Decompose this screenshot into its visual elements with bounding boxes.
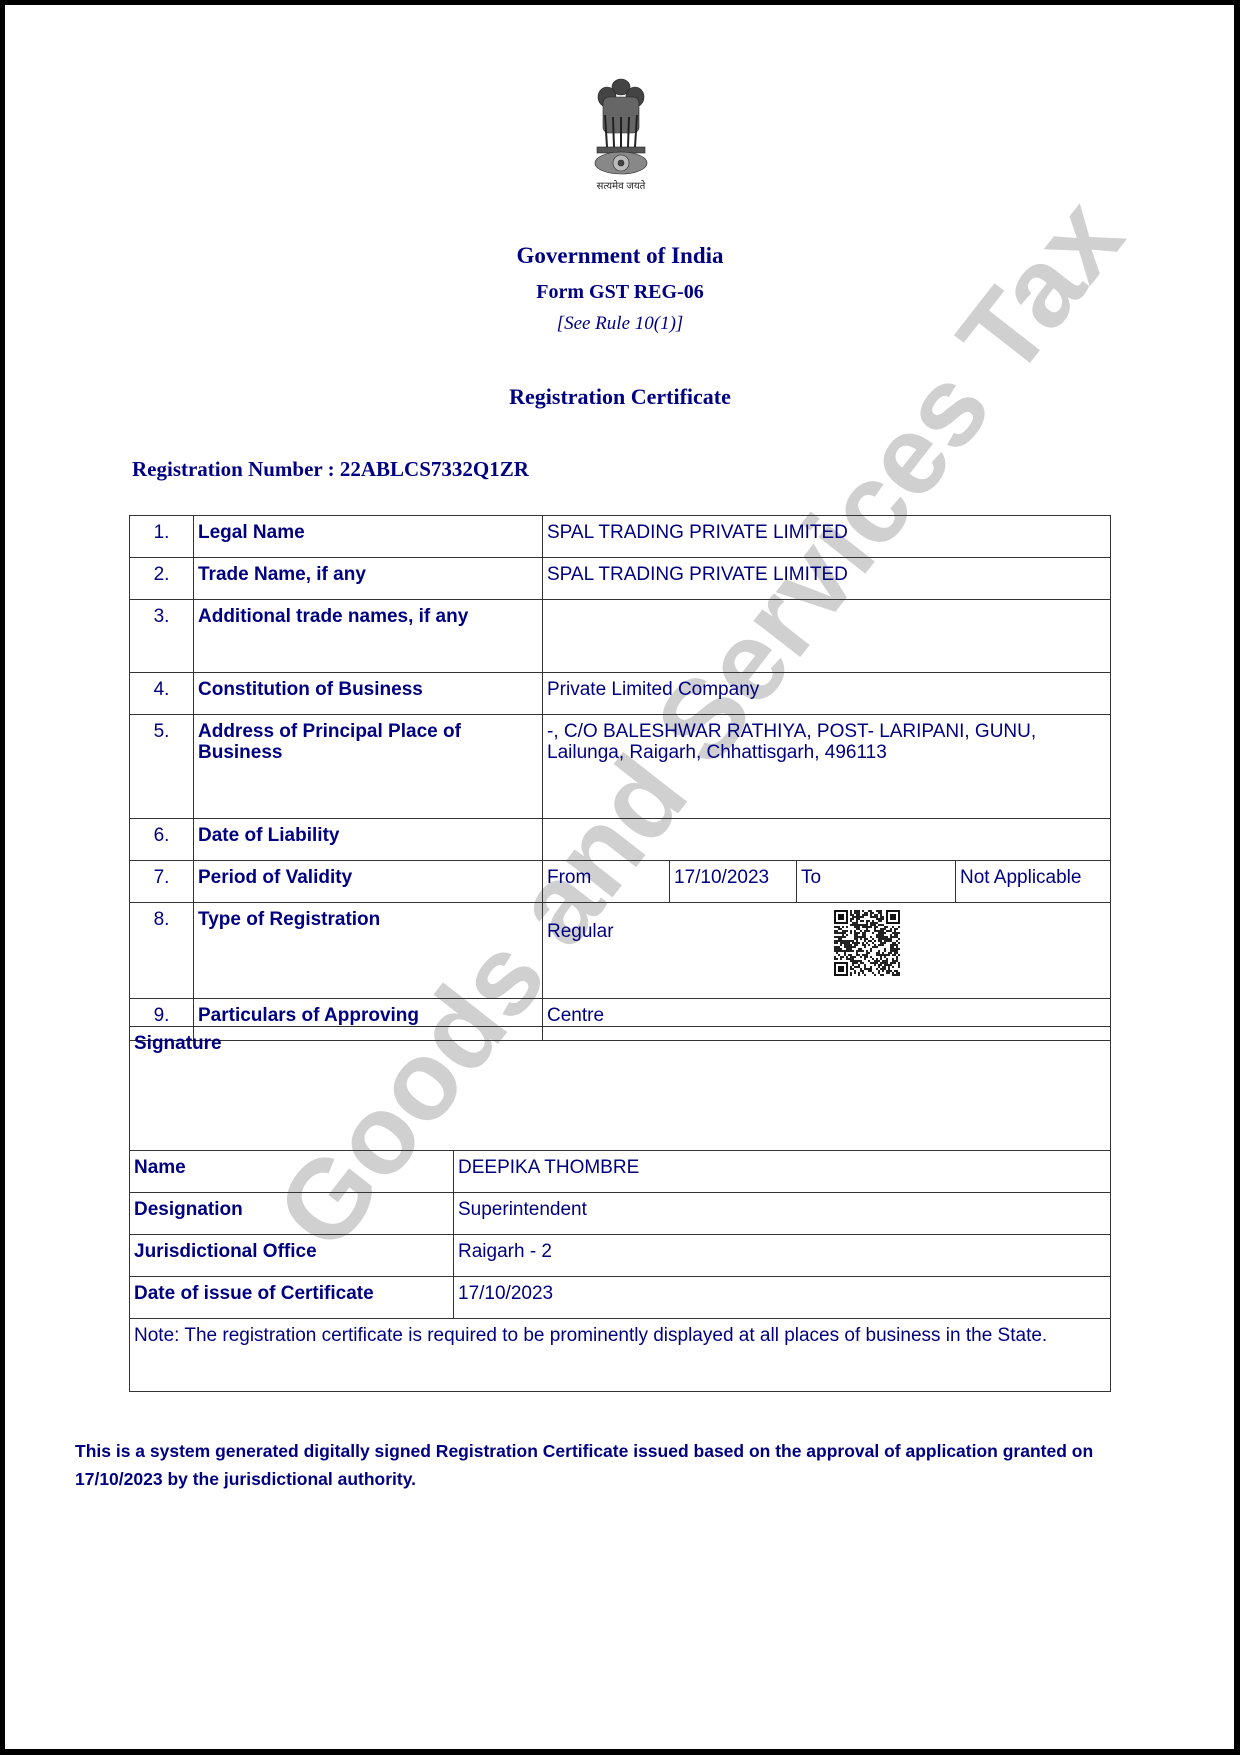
jurisdictional-office-value: Raigarh - 2 — [454, 1235, 1111, 1277]
row-label: Address of Principal Place of Business — [194, 715, 543, 819]
form-name: Form GST REG-06 — [0, 281, 1240, 304]
jurisdictional-office-label: Jurisdictional Office — [130, 1235, 454, 1277]
national-emblem-icon: सत्यमेव जयते — [583, 75, 659, 195]
issue-date-label: Date of issue of Certificate — [130, 1277, 454, 1319]
row-number: 3. — [130, 600, 194, 673]
registration-type-value: Regular — [543, 903, 1111, 999]
row-number: 6. — [130, 819, 194, 861]
signature-row: Signature — [130, 1027, 1111, 1151]
row-label: Constitution of Business — [194, 673, 543, 715]
table-row: Name DEEPIKA THOMBRE — [130, 1151, 1111, 1193]
table-row: 3. Additional trade names, if any — [130, 600, 1111, 673]
rule-reference: [See Rule 10(1)] — [0, 313, 1240, 335]
table-row: Date of issue of Certificate 17/10/2023 — [130, 1277, 1111, 1319]
designation-value: Superintendent — [454, 1193, 1111, 1235]
row-number: 5. — [130, 715, 194, 819]
additional-trade-names-value — [543, 600, 1111, 673]
system-generated-notice: This is a system generated digitally sig… — [75, 1437, 1155, 1493]
trade-name-value: SPAL TRADING PRIVATE LIMITED — [543, 558, 1111, 600]
row-label: Period of Validity — [194, 861, 543, 903]
registration-details-table: 1. Legal Name SPAL TRADING PRIVATE LIMIT… — [129, 515, 1111, 1041]
svg-text:सत्यमेव जयते: सत्यमेव जयते — [597, 180, 646, 192]
legal-name-value: SPAL TRADING PRIVATE LIMITED — [543, 516, 1111, 558]
table-row: 8. Type of Registration Regular — [130, 903, 1111, 999]
validity-to-label: To — [797, 861, 956, 903]
table-row: 1. Legal Name SPAL TRADING PRIVATE LIMIT… — [130, 516, 1111, 558]
note-row: Note: The registration certificate is re… — [130, 1319, 1111, 1392]
table-row: Jurisdictional Office Raigarh - 2 — [130, 1235, 1111, 1277]
table-row: 2. Trade Name, if any SPAL TRADING PRIVA… — [130, 558, 1111, 600]
row-number: 2. — [130, 558, 194, 600]
row-number: 8. — [130, 903, 194, 999]
date-of-liability-value — [543, 819, 1111, 861]
row-label: Type of Registration — [194, 903, 543, 999]
table-row: Designation Superintendent — [130, 1193, 1111, 1235]
name-value: DEEPIKA THOMBRE — [454, 1151, 1111, 1193]
table-row: 5. Address of Principal Place of Busines… — [130, 715, 1111, 819]
name-label: Name — [130, 1151, 454, 1193]
signature-label: Signature — [130, 1027, 1111, 1151]
government-heading: Government of India — [0, 243, 1240, 269]
row-label: Date of Liability — [194, 819, 543, 861]
row-label: Trade Name, if any — [194, 558, 543, 600]
qr-code-icon — [834, 910, 900, 976]
registration-number: Registration Number : 22ABLCS7332Q1ZR — [132, 457, 529, 482]
row-number: 7. — [130, 861, 194, 903]
certificate-title: Registration Certificate — [0, 384, 1240, 410]
row-label: Legal Name — [194, 516, 543, 558]
issue-date-value: 17/10/2023 — [454, 1277, 1111, 1319]
row-number: 1. — [130, 516, 194, 558]
approval-table: Signature Name DEEPIKA THOMBRE Designati… — [129, 1026, 1111, 1392]
validity-to-value: Not Applicable — [956, 861, 1111, 903]
table-row: 7. Period of Validity From 17/10/2023 To… — [130, 861, 1111, 903]
constitution-value: Private Limited Company — [543, 673, 1111, 715]
validity-from-value: 17/10/2023 — [670, 861, 797, 903]
table-row: 4. Constitution of Business Private Limi… — [130, 673, 1111, 715]
row-label: Additional trade names, if any — [194, 600, 543, 673]
address-value: -, C/O BALESHWAR RATHIYA, POST- LARIPANI… — [543, 715, 1111, 819]
row-number: 4. — [130, 673, 194, 715]
display-note: Note: The registration certificate is re… — [130, 1319, 1111, 1392]
registration-number-label: Registration Number : — [132, 457, 335, 481]
table-row: 6. Date of Liability — [130, 819, 1111, 861]
designation-label: Designation — [130, 1193, 454, 1235]
validity-from-label: From — [543, 861, 670, 903]
registration-number-value: 22ABLCS7332Q1ZR — [340, 457, 529, 481]
